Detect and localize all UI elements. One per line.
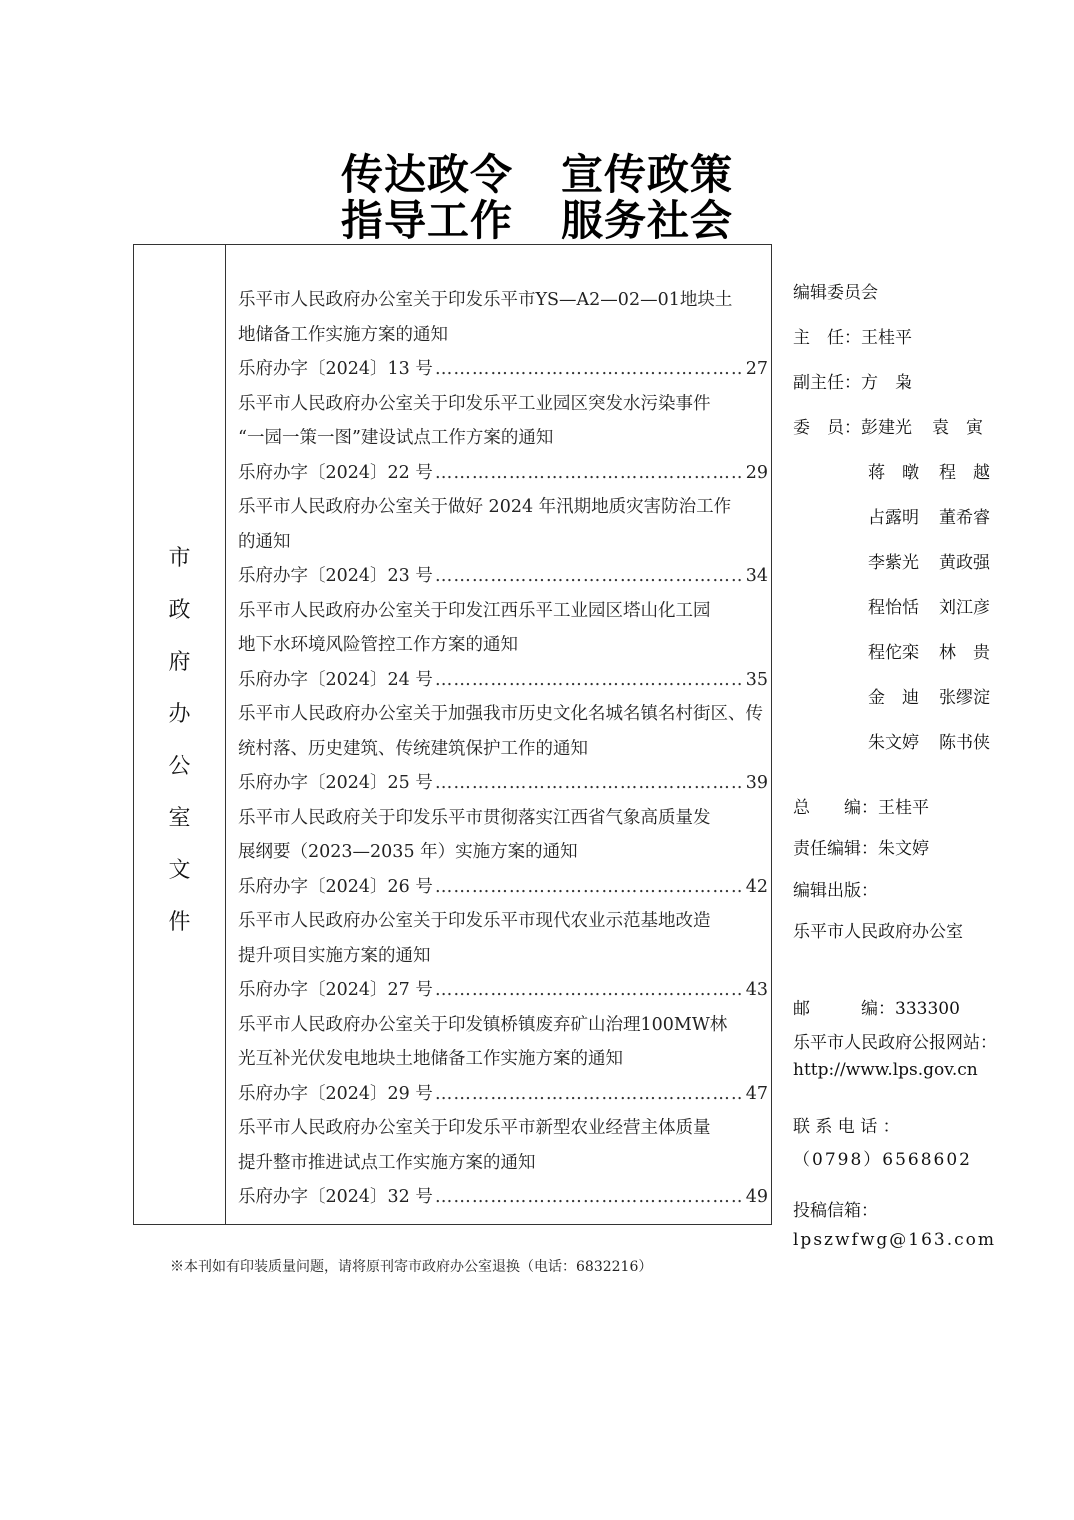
- toc-entry[interactable]: 乐平市人民政府办公室关于印发江西乐平工业园区塔山化工园 地下水环境风险管控工作方…: [238, 594, 768, 698]
- website-label: 乐平市人民政府公报网站：: [793, 1028, 997, 1053]
- toc-title-line: 统村落、历史建筑、传统建筑保护工作的通知: [238, 732, 768, 767]
- toc-title-line: 乐平市人民政府办公室关于印发乐平市YS—A2—02—01地块土: [238, 283, 768, 318]
- members-row: 蒋 暾程 越: [868, 458, 990, 483]
- section-label-char: 室: [134, 793, 225, 845]
- member-name: 朱文婷: [868, 728, 919, 753]
- page-number: 27: [746, 352, 768, 387]
- responsible-editor-label: 责任编辑：: [793, 834, 878, 859]
- toc-entry[interactable]: 乐平市人民政府办公室关于印发乐平市新型农业经营主体质量 提升整市推进试点工作实施…: [238, 1111, 768, 1215]
- doc-number: 乐府办字〔2024〕22 号: [238, 456, 433, 491]
- postcode-row: 邮 编：333300: [793, 994, 960, 1019]
- member-name: 程怡恬: [868, 593, 919, 618]
- contents-box: 市 政 府 办 公 室 文 件 乐平市人民政府办公室关于印发乐平市YS—A2—0…: [133, 244, 772, 1225]
- toc-title-line: 乐平市人民政府办公室关于印发乐平工业园区突发水污染事件: [238, 387, 768, 422]
- toc-title-line: 提升整市推进试点工作实施方案的通知: [238, 1146, 768, 1181]
- member-name: 陈书侠: [939, 728, 990, 753]
- leader-dots: …………………………………………………………………………………: [435, 870, 744, 905]
- email-label: 投稿信箱：: [793, 1196, 878, 1221]
- leader-dots: …………………………………………………………………………………: [435, 456, 744, 491]
- postcode-label: 邮 编：: [793, 994, 895, 1019]
- doc-number: 乐府办字〔2024〕25 号: [238, 766, 433, 801]
- toc-entry[interactable]: 乐平市人民政府办公室关于印发乐平市YS—A2—02—01地块土 地储备工作实施方…: [238, 283, 768, 387]
- toc-entry[interactable]: 乐平市人民政府办公室关于印发乐平工业园区突发水污染事件 “一园一策一图”建设试点…: [238, 387, 768, 491]
- member-name: 程 越: [939, 458, 990, 483]
- toc-title-line: 的通知: [238, 525, 768, 560]
- director-label: 主 任：: [793, 323, 861, 348]
- toc-title-line: 地下水环境风险管控工作方案的通知: [238, 628, 768, 663]
- toc-title-line: 乐平市人民政府办公室关于印发江西乐平工业园区塔山化工园: [238, 594, 768, 629]
- print-quality-note: ※本刊如有印装质量问题，请将原刊寄市政府办公室退换（电话：6832216）: [170, 1256, 652, 1276]
- toc-title-line: 乐平市人民政府办公室关于印发乐平市新型农业经营主体质量: [238, 1111, 768, 1146]
- responsible-editor-name: 朱文婷: [878, 834, 929, 859]
- toc-entry[interactable]: 乐平市人民政府办公室关于加强我市历史文化名城名镇名村街区、传 统村落、历史建筑、…: [238, 697, 768, 801]
- toc-ref-line: 乐府办字〔2024〕25 号………………………………………………………………………: [238, 766, 768, 801]
- toc-title-line: 乐平市人民政府办公室关于印发乐平市现代农业示范基地改造: [238, 904, 768, 939]
- director-name: 王桂平: [861, 323, 912, 348]
- members-row: 程怡恬刘江彦: [868, 593, 990, 618]
- toc-entry[interactable]: 乐平市人民政府关于印发乐平市贯彻落实江西省气象高质量发 展纲要（2023—203…: [238, 801, 768, 905]
- section-label-char: 政: [134, 585, 225, 637]
- leader-dots: …………………………………………………………………………………: [435, 352, 744, 387]
- section-label-char: 件: [134, 897, 225, 949]
- chief-editor-row: 总 编：王桂平: [793, 793, 929, 818]
- member-name: 张缪淀: [939, 683, 990, 708]
- phone-label: 联 系 电 话 ：: [793, 1112, 900, 1137]
- chief-editor-label: 总 编：: [793, 793, 878, 818]
- members-row: 占露明董希睿: [868, 503, 990, 528]
- email-link[interactable]: lpszwfwg@163.com: [793, 1230, 996, 1250]
- chief-editor-name: 王桂平: [878, 793, 929, 818]
- leader-dots: …………………………………………………………………………………: [435, 559, 744, 594]
- member-name: 程佗栾: [868, 638, 919, 663]
- member-name: 金 迪: [868, 683, 919, 708]
- member-name: 林 贵: [939, 638, 990, 663]
- toc-title-line: 展纲要（2023—2035 年）实施方案的通知: [238, 835, 768, 870]
- member-name: 蒋 暾: [868, 458, 919, 483]
- page-number: 39: [746, 766, 768, 801]
- toc-title-line: 光互补光伏发电地块土地储备工作实施方案的通知: [238, 1042, 768, 1077]
- toc-entry[interactable]: 乐平市人民政府办公室关于印发镇桥镇废弃矿山治理100MW林 光互补光伏发电地块土…: [238, 1008, 768, 1112]
- page-number: 43: [746, 973, 768, 1008]
- toc-title-line: 乐平市人民政府办公室关于做好 2024 年汛期地质灾害防治工作: [238, 490, 768, 525]
- responsible-editor-row: 责任编辑：朱文婷: [793, 834, 929, 859]
- page-number: 35: [746, 663, 768, 698]
- section-label-char: 市: [134, 533, 225, 585]
- toc-title-line: 乐平市人民政府办公室关于印发镇桥镇废弃矿山治理100MW林: [238, 1008, 768, 1043]
- toc-entry[interactable]: 乐平市人民政府办公室关于印发乐平市现代农业示范基地改造 提升项目实施方案的通知 …: [238, 904, 768, 1008]
- section-label-char: 办: [134, 689, 225, 741]
- page-number: 47: [746, 1077, 768, 1112]
- leader-dots: …………………………………………………………………………………: [435, 973, 744, 1008]
- toc-title-line: “一园一策一图”建设试点工作方案的通知: [238, 421, 768, 456]
- editorial-heading: 编辑委员会: [793, 278, 878, 303]
- toc-ref-line: 乐府办字〔2024〕23 号………………………………………………………………………: [238, 559, 768, 594]
- page-number: 29: [746, 456, 768, 491]
- toc-title-line: 乐平市人民政府关于印发乐平市贯彻落实江西省气象高质量发: [238, 801, 768, 836]
- toc-ref-line: 乐府办字〔2024〕26 号………………………………………………………………………: [238, 870, 768, 905]
- toc-ref-line: 乐府办字〔2024〕24 号………………………………………………………………………: [238, 663, 768, 698]
- motto-phrase: 服务社会: [561, 198, 733, 244]
- toc-ref-line: 乐府办字〔2024〕29 号………………………………………………………………………: [238, 1077, 768, 1112]
- postcode-value: 333300: [895, 999, 960, 1019]
- page-number: 34: [746, 559, 768, 594]
- members-label: 委 员：: [793, 413, 861, 438]
- leader-dots: …………………………………………………………………………………: [435, 766, 744, 801]
- toc-title-line: 乐平市人民政府办公室关于加强我市历史文化名城名镇名村街区、传: [238, 697, 768, 732]
- members-row: 委 员：彭建光袁 寅: [793, 413, 983, 438]
- page-number: 49: [746, 1180, 768, 1215]
- leader-dots: …………………………………………………………………………………: [435, 1180, 744, 1215]
- leader-dots: …………………………………………………………………………………: [435, 663, 744, 698]
- toc-title-line: 提升项目实施方案的通知: [238, 939, 768, 974]
- section-label-char: 文: [134, 845, 225, 897]
- deputy-label: 副主任：: [793, 368, 861, 393]
- doc-number: 乐府办字〔2024〕32 号: [238, 1180, 433, 1215]
- toc-ref-line: 乐府办字〔2024〕13 号………………………………………………………………………: [238, 352, 768, 387]
- website-link[interactable]: http://www.lps.gov.cn: [793, 1060, 978, 1080]
- doc-number: 乐府办字〔2024〕24 号: [238, 663, 433, 698]
- doc-number: 乐府办字〔2024〕23 号: [238, 559, 433, 594]
- publisher-label: 编辑出版：: [793, 876, 878, 901]
- section-label-vertical: 市 政 府 办 公 室 文 件: [134, 533, 225, 949]
- motto-line-2: 指导工作服务社会: [0, 198, 1074, 244]
- deputy-row: 副主任：方 枭: [793, 368, 912, 393]
- deputy-name: 方 枭: [861, 368, 912, 393]
- phone-value: （0798）6568602: [793, 1145, 972, 1170]
- toc-ref-line: 乐府办字〔2024〕22 号………………………………………………………………………: [238, 456, 768, 491]
- member-name: 董希睿: [939, 503, 990, 528]
- toc-ref-line: 乐府办字〔2024〕32 号………………………………………………………………………: [238, 1180, 768, 1215]
- motto-line-1: 传达政令宣传政策: [0, 152, 1074, 198]
- member-name: 彭建光: [861, 413, 912, 438]
- motto-phrase: 宣传政策: [561, 152, 733, 198]
- member-name: 袁 寅: [932, 413, 983, 438]
- member-name: 黄政强: [939, 548, 990, 573]
- members-row: 程佗栾林 贵: [868, 638, 990, 663]
- column-divider: [225, 245, 226, 1224]
- section-label-char: 府: [134, 637, 225, 689]
- member-name: 刘江彦: [939, 593, 990, 618]
- motto-phrase: 指导工作: [341, 198, 513, 244]
- members-row: 金 迪张缪淀: [868, 683, 990, 708]
- doc-number: 乐府办字〔2024〕29 号: [238, 1077, 433, 1112]
- leader-dots: …………………………………………………………………………………: [435, 1077, 744, 1112]
- page-number: 42: [746, 870, 768, 905]
- table-of-contents: 乐平市人民政府办公室关于印发乐平市YS—A2—02—01地块土 地储备工作实施方…: [238, 283, 768, 1215]
- motto-phrase: 传达政令: [341, 152, 513, 198]
- section-label-char: 公: [134, 741, 225, 793]
- publisher-name: 乐平市人民政府办公室: [793, 917, 963, 942]
- director-row: 主 任：王桂平: [793, 323, 912, 348]
- toc-title-line: 地储备工作实施方案的通知: [238, 318, 768, 353]
- toc-entry[interactable]: 乐平市人民政府办公室关于做好 2024 年汛期地质灾害防治工作 的通知 乐府办字…: [238, 490, 768, 594]
- members-row: 李紫光黄政强: [868, 548, 990, 573]
- members-row: 朱文婷陈书侠: [868, 728, 990, 753]
- toc-ref-line: 乐府办字〔2024〕27 号………………………………………………………………………: [238, 973, 768, 1008]
- member-name: 占露明: [868, 503, 919, 528]
- doc-number: 乐府办字〔2024〕26 号: [238, 870, 433, 905]
- doc-number: 乐府办字〔2024〕27 号: [238, 973, 433, 1008]
- member-name: 李紫光: [868, 548, 919, 573]
- doc-number: 乐府办字〔2024〕13 号: [238, 352, 433, 387]
